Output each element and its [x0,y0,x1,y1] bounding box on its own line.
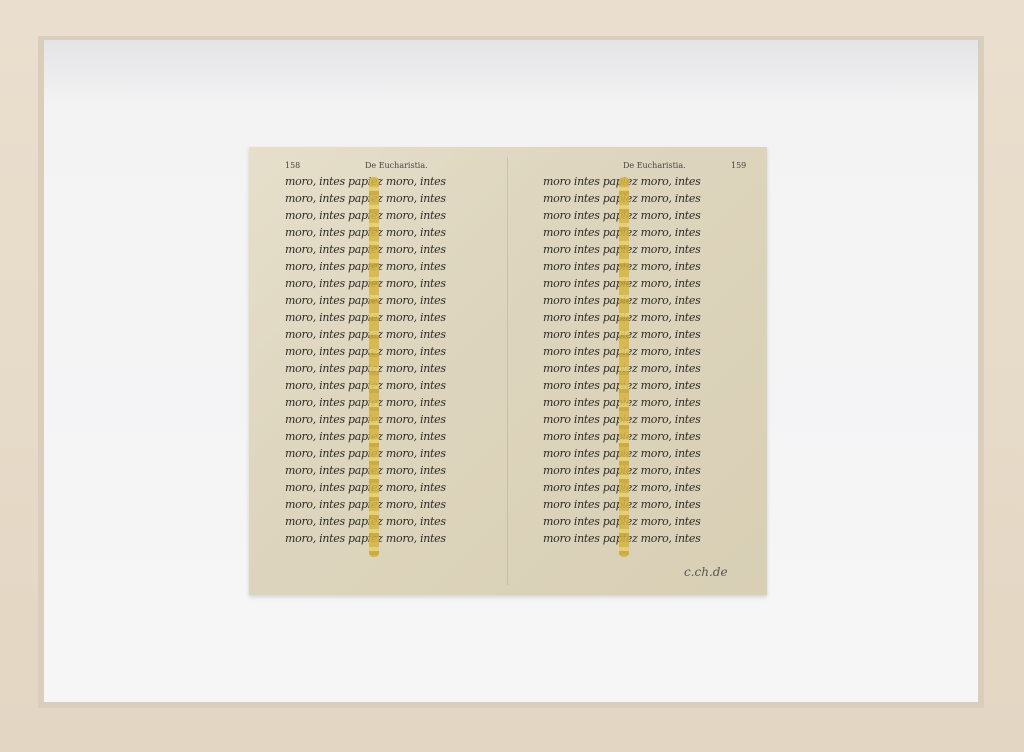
handwritten-line: moro intes papiez moro, intes [543,311,749,328]
handwritten-line: moro intes papiez moro, intes [543,260,749,277]
picture-frame: 158 De Eucharistia. moro, intes papiez m… [0,0,1024,752]
left-running-title: De Eucharistia. [365,161,428,170]
handwritten-line: moro, intes papiez moro, intes [285,447,491,464]
handwritten-line: moro, intes papiez moro, intes [285,430,491,447]
handwritten-line: moro, intes papiez moro, intes [285,294,491,311]
handwritten-line: moro, intes papiez moro, intes [285,413,491,430]
handwritten-line: moro, intes papiez moro, intes [285,396,491,413]
handwritten-line: moro, intes papiez moro, intes [285,243,491,260]
handwritten-line: moro intes papiez moro, intes [543,294,749,311]
handwritten-line: moro intes papiez moro, intes [543,379,749,396]
handwritten-line: moro intes papiez moro, intes [543,430,749,447]
right-page-number: 159 [731,161,746,170]
handwritten-line: moro, intes papiez moro, intes [285,362,491,379]
handwritten-line: moro intes papiez moro, intes [543,175,749,192]
left-page: 158 De Eucharistia. moro, intes papiez m… [285,175,491,561]
handwritten-line: moro, intes papiez moro, intes [285,311,491,328]
handwritten-line: moro, intes papiez moro, intes [285,481,491,498]
handwritten-line: moro, intes papiez moro, intes [285,464,491,481]
handwritten-line: moro, intes papiez moro, intes [285,209,491,226]
left-page-number: 158 [285,161,300,170]
artist-signature: c.ch.de [684,565,728,579]
handwritten-line: moro, intes papiez moro, intes [285,345,491,362]
gold-stitch-right [619,177,629,557]
right-handwriting-lines: moro intes papiez moro, intesmoro intes … [543,175,749,549]
handwritten-line: moro intes papiez moro, intes [543,413,749,430]
handwritten-line: moro, intes papiez moro, intes [285,175,491,192]
right-page: De Eucharistia. 159 moro intes papiez mo… [543,175,749,561]
gold-stitch-left [369,177,379,557]
handwritten-line: moro, intes papiez moro, intes [285,192,491,209]
left-handwriting-lines: moro, intes papiez moro, intesmoro, inte… [285,175,491,549]
handwritten-line: moro intes papiez moro, intes [543,243,749,260]
gutter-fold [507,157,508,585]
handwritten-line: moro, intes papiez moro, intes [285,515,491,532]
handwritten-line: moro, intes papiez moro, intes [285,328,491,345]
handwritten-line: moro intes papiez moro, intes [543,226,749,243]
handwritten-line: moro intes papiez moro, intes [543,481,749,498]
handwritten-line: moro, intes papiez moro, intes [285,260,491,277]
handwritten-line: moro intes papiez moro, intes [543,396,749,413]
handwritten-line: moro intes papiez moro, intes [543,515,749,532]
handwritten-line: moro intes papiez moro, intes [543,328,749,345]
handwritten-line: moro intes papiez moro, intes [543,447,749,464]
right-running-title: De Eucharistia. [623,161,686,170]
handwritten-line: moro, intes papiez moro, intes [285,277,491,294]
handwritten-line: moro intes papiez moro, intes [543,277,749,294]
handwritten-line: moro intes papiez moro, intes [543,362,749,379]
handwritten-line: moro intes papiez moro, intes [543,532,749,549]
handwritten-line: moro intes papiez moro, intes [543,209,749,226]
book-spread: 158 De Eucharistia. moro, intes papiez m… [249,147,767,595]
handwritten-line: moro, intes papiez moro, intes [285,532,491,549]
handwritten-line: moro intes papiez moro, intes [543,192,749,209]
handwritten-line: moro, intes papiez moro, intes [285,498,491,515]
handwritten-line: moro intes papiez moro, intes [543,345,749,362]
handwritten-line: moro, intes papiez moro, intes [285,379,491,396]
handwritten-line: moro intes papiez moro, intes [543,464,749,481]
handwritten-line: moro, intes papiez moro, intes [285,226,491,243]
handwritten-line: moro intes papiez moro, intes [543,498,749,515]
